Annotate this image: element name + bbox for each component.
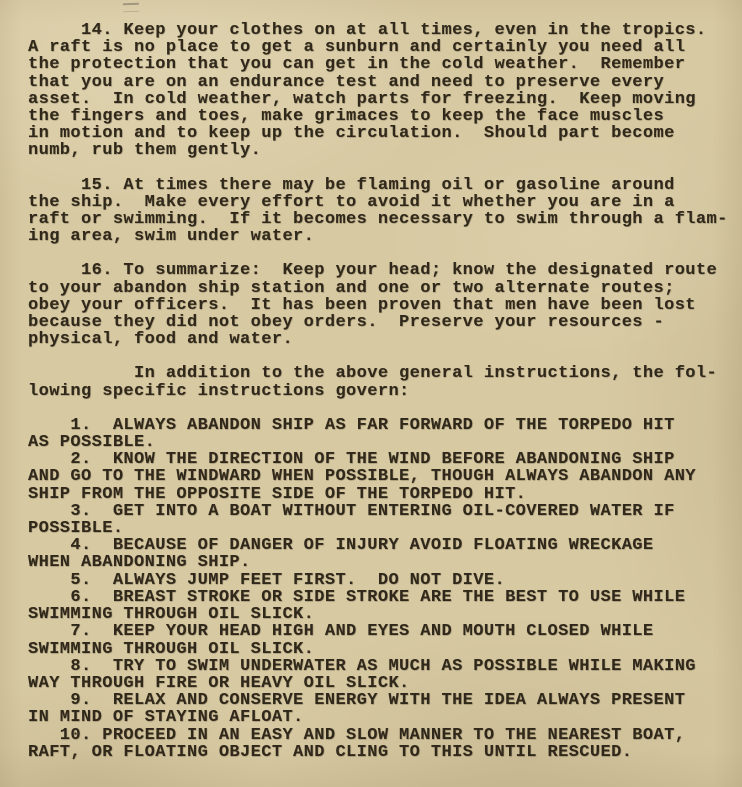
specific-instructions-list: 1. ALWAYS ABANDON SHIP AS FAR FORWARD OF… (28, 417, 742, 761)
instruction-item-8: 8. TRY TO SWIM UNDERWATER AS MUCH AS POS… (28, 658, 742, 692)
paragraph-14: 14. Keep your clothes on at all times, e… (28, 22, 742, 160)
instruction-item-5: 5. ALWAYS JUMP FEET FIRST. DO NOT DIVE. (28, 572, 742, 589)
instruction-item-9: 9. RELAX AND CONSERVE ENERGY WITH THE ID… (28, 692, 742, 726)
instruction-item-2: 2. KNOW THE DIRECTION OF THE WIND BEFORE… (28, 451, 742, 503)
paragraph-16: 16. To summarize: Keep your head; know t… (28, 262, 742, 348)
paragraph-15: 15. At times there may be flaming oil or… (28, 177, 742, 246)
instruction-item-6: 6. BREAST STROKE OR SIDE STROKE ARE THE … (28, 589, 742, 623)
pencil-smudge-mark (123, 3, 139, 13)
paragraph-transition: In addition to the above general instruc… (28, 365, 742, 399)
scanned-document-page: 14. Keep your clothes on at all times, e… (0, 0, 742, 787)
instruction-item-4: 4. BECAUSE OF DANGER OF INJURY AVOID FLO… (28, 537, 742, 571)
instruction-item-3: 3. GET INTO A BOAT WITHOUT ENTERING OIL-… (28, 503, 742, 537)
instruction-item-1: 1. ALWAYS ABANDON SHIP AS FAR FORWARD OF… (28, 417, 742, 451)
instruction-item-7: 7. KEEP YOUR HEAD HIGH AND EYES AND MOUT… (28, 623, 742, 657)
instruction-item-10: 10. PROCEED IN AN EASY AND SLOW MANNER T… (28, 727, 742, 761)
